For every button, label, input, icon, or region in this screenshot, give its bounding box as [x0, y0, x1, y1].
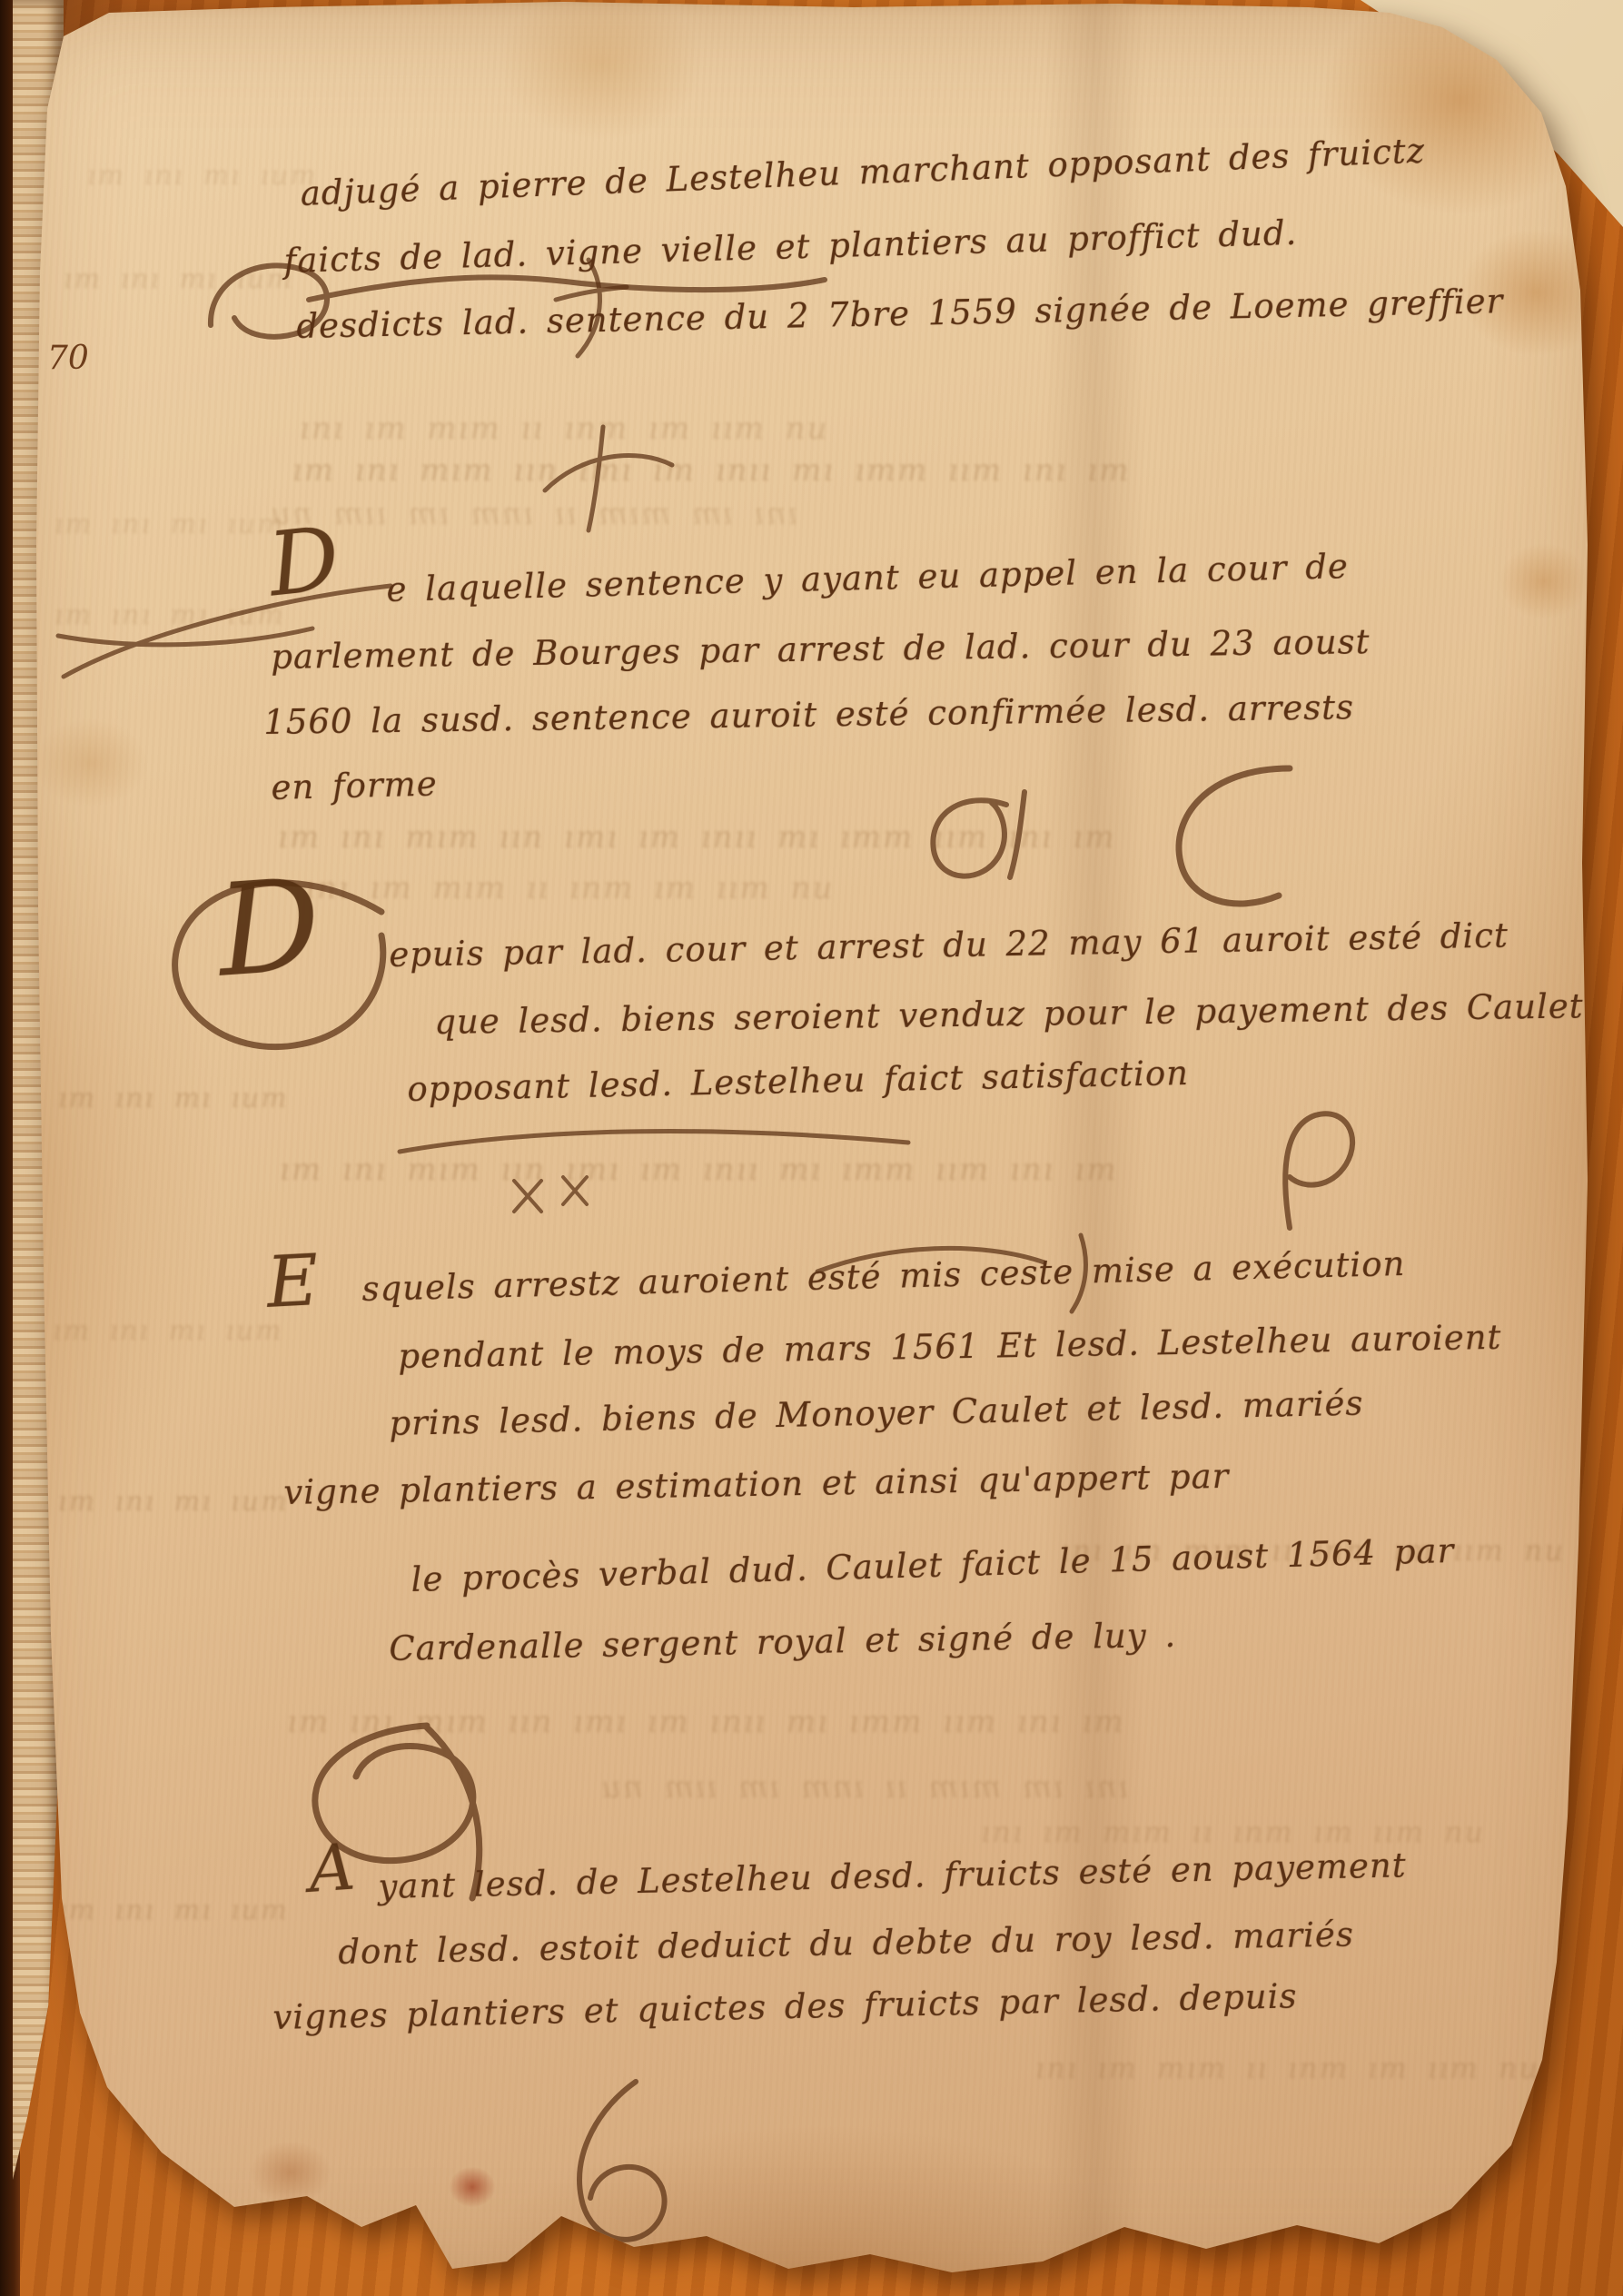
- paragraph-initial: A: [307, 1838, 357, 1898]
- showthrough-line: ım ını mı ıum: [64, 263, 294, 295]
- text-line: le procès verbal dud. Caulet faict le 15…: [411, 1531, 1455, 1599]
- manuscript-page-wrapper: ım ını mı ıum ım ını mı ıum ını ım mım ı…: [0, 0, 1623, 2296]
- showthrough-line: ını ım mım ıı ınm ım ıım nu: [981, 1815, 1485, 1849]
- showthrough-line: ım ını mı ıum: [58, 1895, 289, 1926]
- showthrough-line: ım ını mı ıum: [58, 1083, 289, 1114]
- text-line: en forme: [271, 765, 438, 807]
- showthrough-line: ım ını mı ıum: [58, 1486, 289, 1518]
- text-line: yant lesd. de Lestelheu desd. fruicts es…: [378, 1846, 1407, 1906]
- manuscript-page: ım ını mı ıum ım ını mı ıum ını ım mım ı…: [0, 0, 1623, 2296]
- showthrough-line: ım ını mı ıum: [87, 160, 318, 192]
- showthrough-line: ını ım mım ıı ınm ım ıım nu: [305, 870, 834, 906]
- showthrough-line: ım ını mım ıın ımı ım ınıı mı ımm ıım ın…: [278, 819, 1115, 856]
- flourish-p: [1285, 1113, 1352, 1228]
- text-line: dont lesd. estoit deduict du debte du ro…: [338, 1915, 1354, 1972]
- text-line: squels arrestz auroient esté mis ceste m…: [361, 1244, 1406, 1309]
- showthrough-line: ım ını mım ıın ımı ım ınıı mı ımm ıım ın…: [287, 1704, 1124, 1740]
- showthrough-line: ını ım mım ıı ınm ım ıım nu: [1035, 2051, 1539, 2085]
- paragraph-initial: E: [265, 1249, 321, 1315]
- text-line: adjugé a pierre de Lestelheu marchant op…: [300, 131, 1426, 213]
- text-line: epuis par lad. cour et arrest du 22 may …: [389, 915, 1509, 975]
- showthrough-line: ım ını mı ıum: [54, 509, 285, 540]
- text-line: vignes plantiers et quictes des fruicts …: [272, 1976, 1298, 2037]
- folio-number: 70: [47, 340, 89, 377]
- text-line: Cardenalle sergent royal et signé de luy…: [389, 1616, 1177, 1668]
- text-line: 1560 la susd. sentence auroit esté confi…: [263, 688, 1354, 742]
- photograph-of-manuscript: ım ını mı ıum ım ını mı ıum ını ım mım ı…: [0, 0, 1623, 2296]
- flourish-final-descender: [579, 2082, 665, 2240]
- text-line: prins lesd. biens de Monoyer Caulet et l…: [389, 1384, 1364, 1443]
- text-line: vigne plantiers a estimation et ainsi qu…: [283, 1457, 1230, 1512]
- flourish-underline: [400, 1132, 908, 1152]
- text-line: desdicts lad. sentence du 2 7bre 1559 si…: [296, 282, 1504, 346]
- showthrough-line: ım ını mım ıın ımı ım ınıı mı ımm ıım ın…: [280, 1152, 1117, 1188]
- showthrough-line: ını ım mım ıı ınm ım ıım nu: [599, 1769, 1128, 1806]
- text-line: faicts de lad. vigne vielle et plantiers…: [283, 213, 1298, 281]
- text-line: opposant lesd. Lestelheu faict satisfact…: [407, 1054, 1189, 1109]
- showthrough-line: ını ım mım ıı ınm ım ıım nu: [269, 496, 797, 532]
- paragraph-initial: D: [214, 868, 324, 990]
- flourish-c-swash: [1179, 768, 1290, 904]
- showthrough-line: ım ını mı ıum: [53, 1315, 283, 1347]
- showthrough-line: ını ım mım ıı ınm ım ıım nu: [300, 411, 828, 447]
- showthrough-line: ım ını mı ıum: [54, 599, 285, 631]
- showthrough-line: ım ını mım ıın ımı ım ınıı mı ımm ıım ın…: [292, 452, 1130, 489]
- text-line: e laquelle sentence y ayant eu appel en …: [386, 547, 1349, 609]
- text-line: que lesd. biens seroient venduz pour le …: [434, 986, 1584, 1042]
- text-line: pendant le moys de mars 1561 Et lesd. Le…: [398, 1318, 1502, 1376]
- text-line: parlement de Bourges par arrest de lad. …: [271, 622, 1371, 677]
- paragraph-initial: D: [265, 520, 343, 605]
